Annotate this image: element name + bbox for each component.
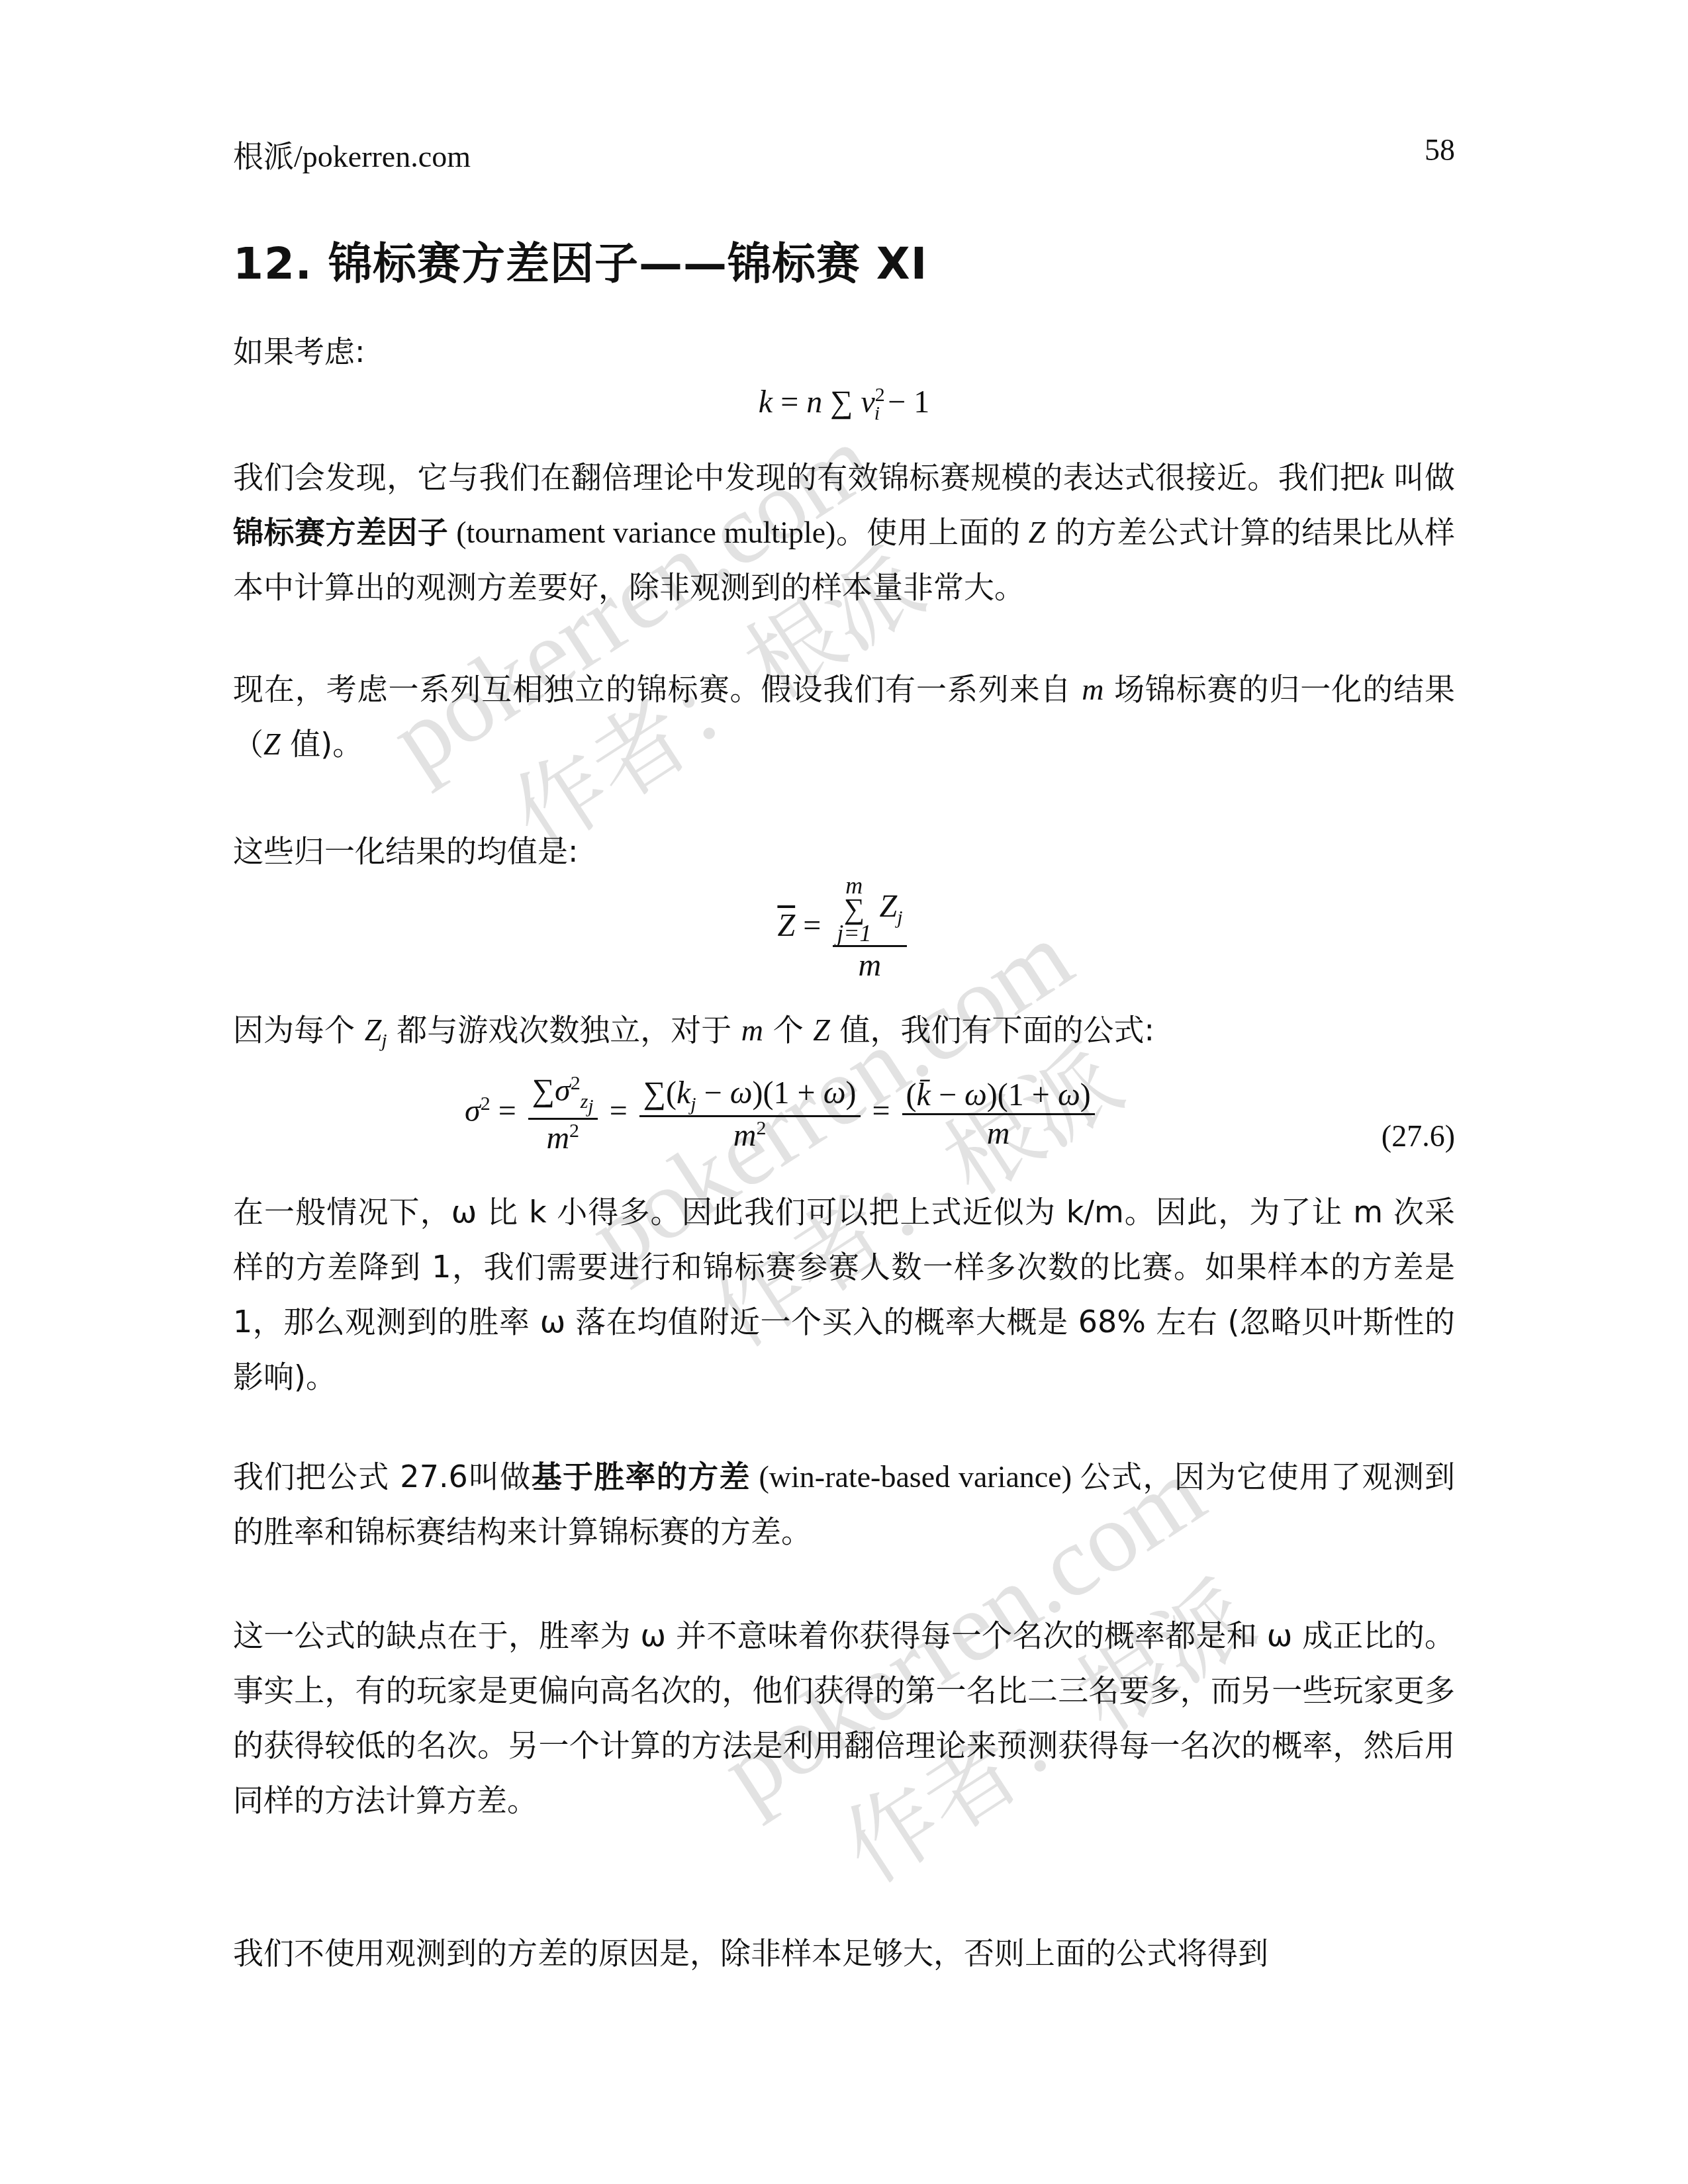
fraction: m ∑ j=1 Zj m — [833, 874, 906, 983]
equation-number: (27.6) — [1382, 1118, 1455, 1154]
equation-mean-z: Z = m ∑ j=1 Zj m — [233, 874, 1455, 983]
paragraph-independent-z: 因为每个 Zj 都与游戏次数独立，对于 m 个 Z 值，我们有下面的公式: — [233, 1003, 1455, 1068]
header-site: 根派/pokerren.com — [233, 132, 471, 176]
paragraph-intro: 如果考虑: — [233, 324, 1455, 379]
section-title: 12. 锦标赛方差因子——锦标赛 XI — [233, 228, 927, 291]
page-number: 58 — [1425, 132, 1455, 167]
paragraph-win-rate-variance: 我们把公式 27.6叫做基于胜率的方差 (win-rate-based vari… — [233, 1449, 1455, 1559]
equation-k: k = n ∑ v2i − 1 — [233, 384, 1455, 425]
running-header: 根派/pokerren.com 58 — [233, 132, 1455, 179]
paragraph-independent-tournaments: 现在，考虑一系列互相独立的锦标赛。假设我们有一系列来自 m 场锦标赛的归一化的结… — [233, 662, 1455, 772]
document-page: 根派/pokerren.com 58 12. 锦标赛方差因子——锦标赛 XI 如… — [233, 0, 1455, 2184]
term-tournament-variance-multiple: 锦标赛方差因子 — [233, 514, 448, 550]
term-win-rate-based-variance: 基于胜率的方差 — [532, 1459, 751, 1494]
equation-27-6: σ2 = ∑σ2zjm2 = ∑(kj − ω)(1 + ω)m2 = (k̄ … — [233, 1072, 1391, 1156]
paragraph-drawback: 这一公式的缺点在于，胜率为 ω 并不意味着你获得每一个名次的概率都是和 ω 成正… — [233, 1608, 1455, 1828]
paragraph-variance-multiple: 我们会发现，它与我们在翻倍理论中发现的有效锦标赛规模的表达式很接近。我们把k 叫… — [233, 450, 1455, 615]
paragraph-approximation: 在一般情况下，ω 比 k 小得多。因此我们可以把上式近似为 k/m。因此，为了让… — [233, 1185, 1455, 1404]
paragraph-mean: 这些归一化结果的均值是: — [233, 824, 1455, 879]
paragraph-observed-variance: 我们不使用观测到的方差的原因是，除非样本足够大，否则上面的公式将得到 — [233, 1926, 1455, 1981]
